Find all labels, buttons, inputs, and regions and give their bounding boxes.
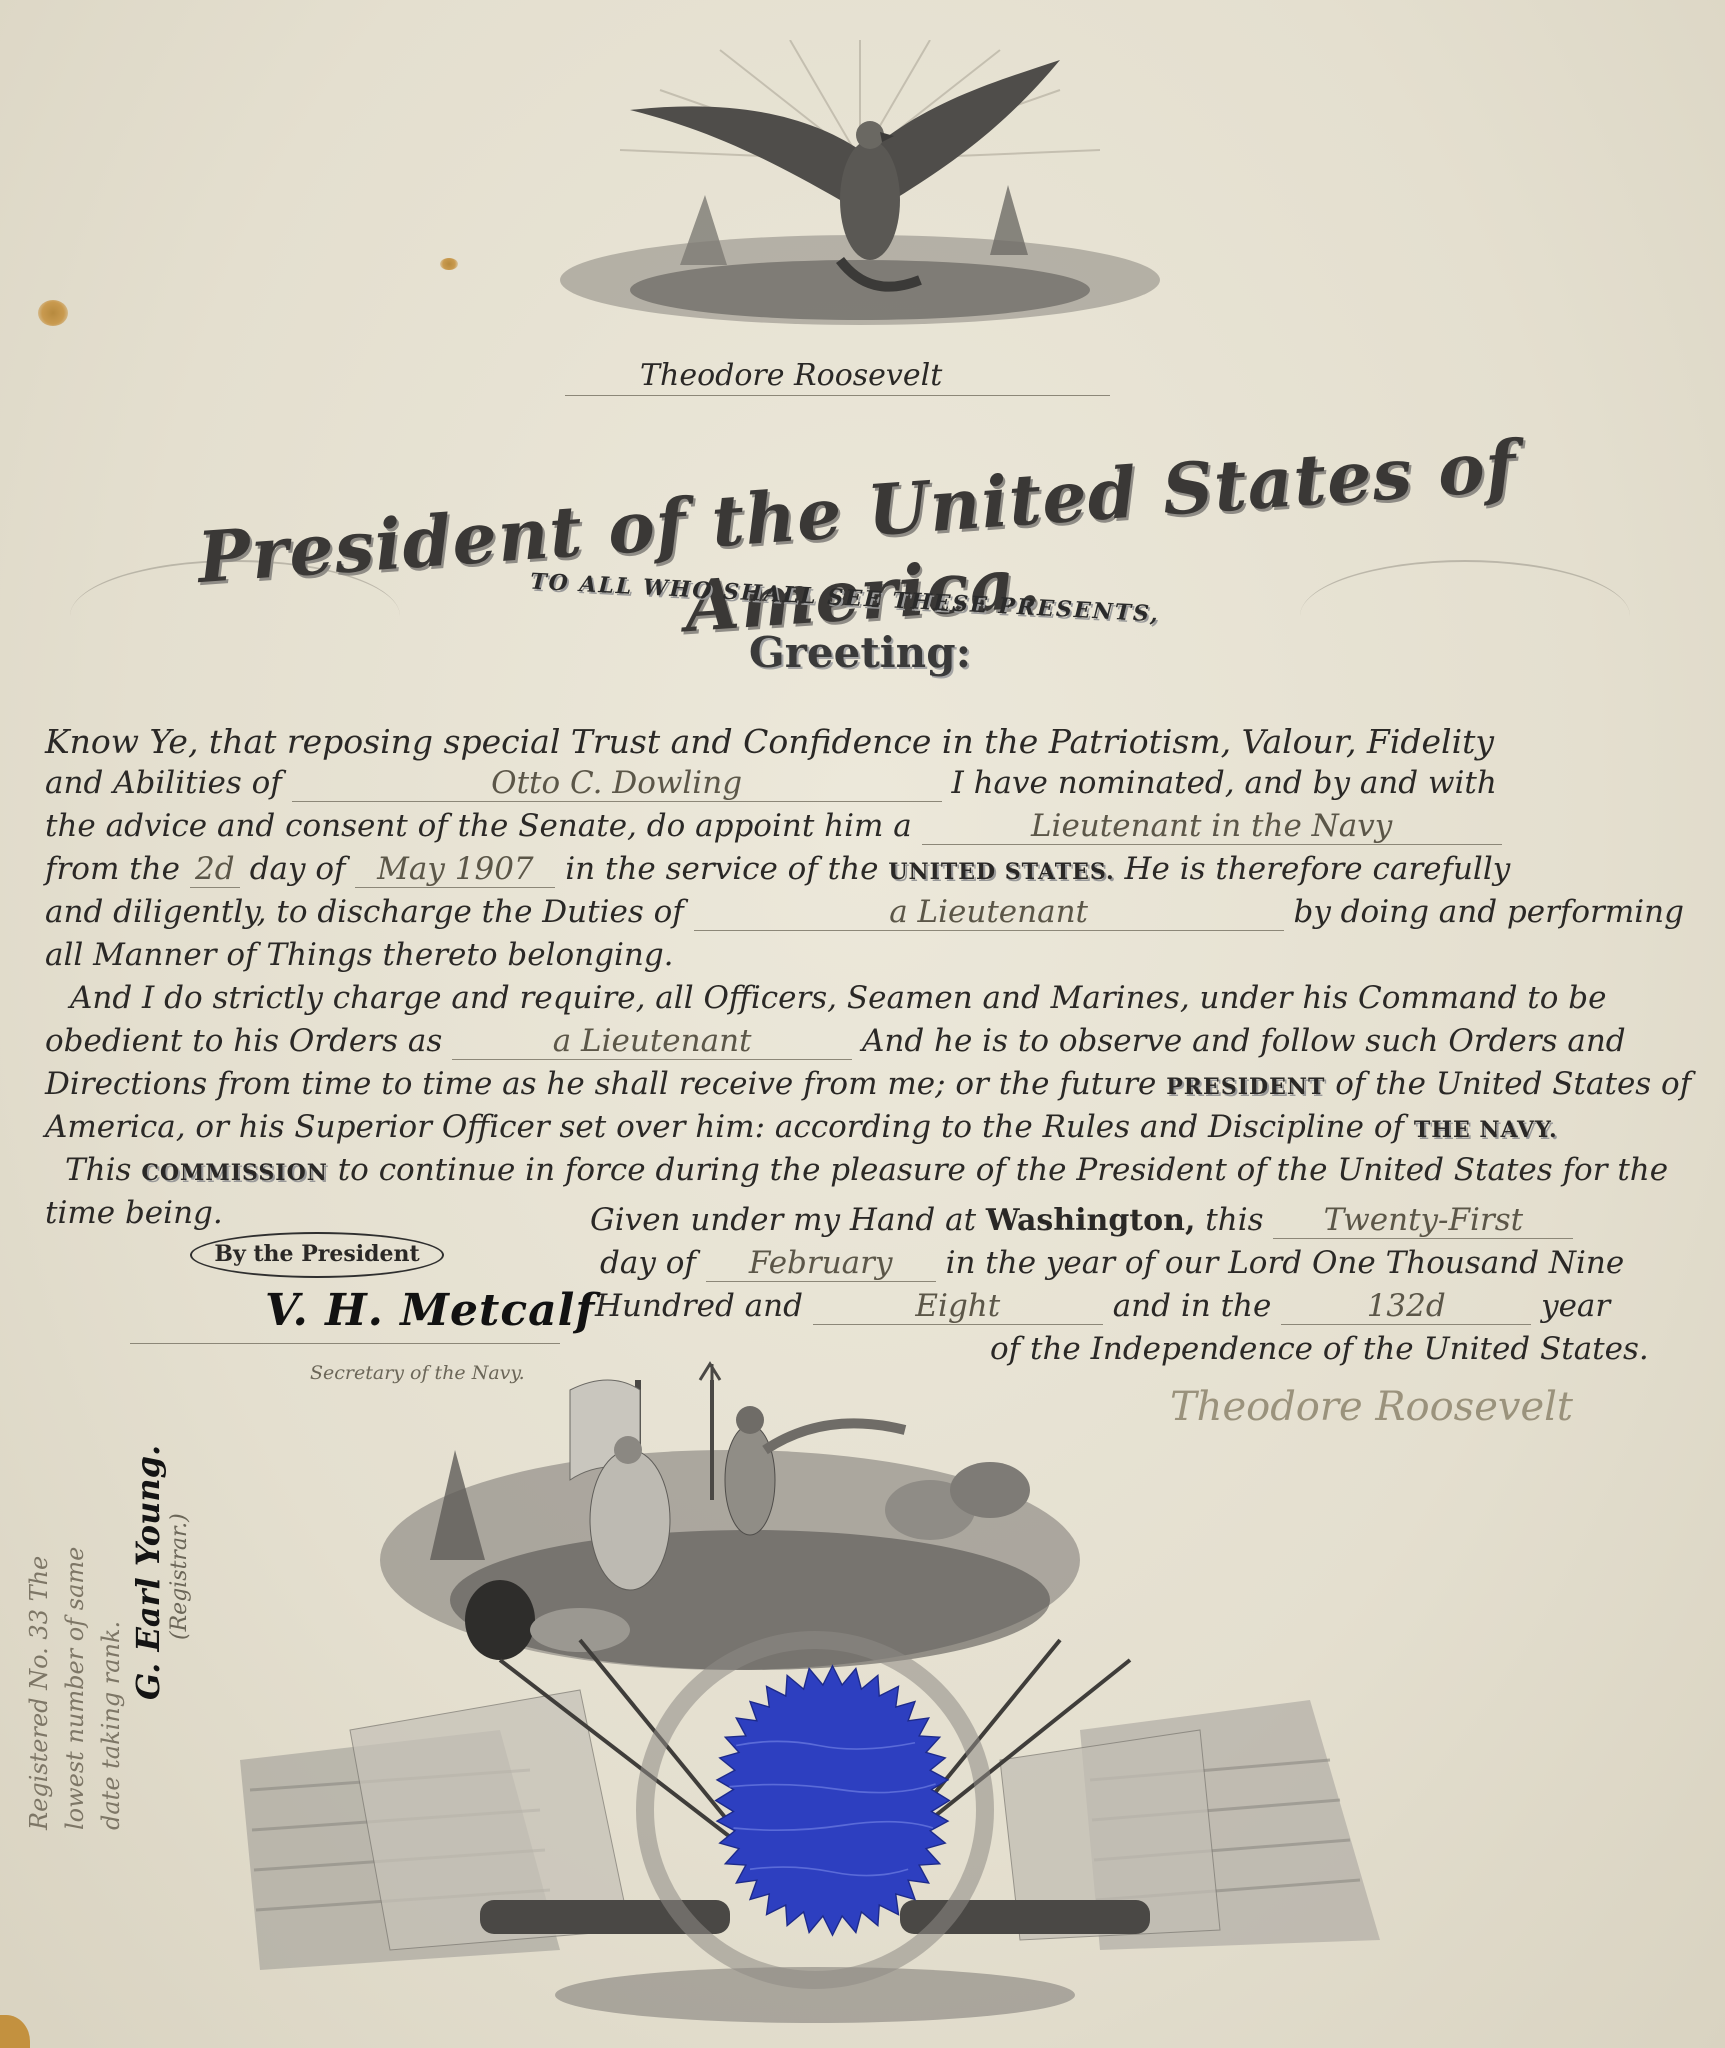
body-line-11: This COMMISSION to continue in force dur… (65, 1152, 1705, 1188)
registration-line-1: Registered No. 33 The (25, 1330, 53, 1830)
body-line-3: the advice and consent of the Senate, do… (45, 808, 1685, 845)
body-line-7: And I do strictly charge and require, al… (70, 980, 1710, 1016)
registrar-title: (Registrar.) (167, 1330, 192, 1830)
duties-rank: a Lieutenant (694, 894, 1284, 931)
body-line-6: all Manner of Things thereto belonging. (45, 937, 1685, 973)
blue-seal-icon (695, 1663, 970, 1938)
from-day: 2d (190, 851, 240, 888)
body-line-9: Directions from time to time as he shall… (45, 1066, 1685, 1102)
given-month: February (706, 1245, 936, 1282)
body-line-5: and diligently, to discharge the Duties … (45, 894, 1685, 931)
body-line-8: obedient to his Orders as a Lieutenant A… (45, 1023, 1685, 1060)
appointee-name: Otto C. Dowling (292, 765, 942, 802)
rank-appointed: Lieutenant in the Navy (922, 808, 1502, 845)
greeting: Greeting: (650, 628, 1070, 677)
orders-rank: a Lieutenant (452, 1023, 852, 1060)
body-line-2: and Abilities of Otto C. Dowling I have … (45, 765, 1685, 802)
registration-note: Registered No. 33 The lowest number of s… (25, 1330, 192, 1830)
the-navy-word: THE NAVY. (1414, 1117, 1558, 1143)
place-washington: Washington, (986, 1203, 1196, 1238)
independence-year: 132d (1281, 1288, 1531, 1325)
secretary-signature: V. H. Metcalf (265, 1285, 595, 1336)
body-line-10: America, or his Superior Officer set ove… (45, 1109, 1685, 1145)
registration-line-2: lowest number of same (61, 1330, 89, 1830)
eagle-vignette-icon (540, 40, 1180, 330)
given-year-line: Hundred and Eight and in the 132d year (595, 1288, 1695, 1325)
body-line-4: from the 2d day of May 1907 in the servi… (45, 851, 1685, 888)
secretary-signature-line (130, 1343, 560, 1344)
header-signature-line (565, 395, 1110, 396)
body-line-1: Know Ye, that reposing special Trust and… (45, 722, 1685, 761)
age-stain (440, 258, 458, 270)
registrar-signature: G. Earl Young. (129, 1330, 167, 1830)
president-word: PRESIDENT (1166, 1074, 1325, 1100)
independence-line: of the Independence of the United States… (990, 1331, 1690, 1367)
age-stain (38, 300, 68, 326)
commission-word: COMMISSION (141, 1160, 328, 1186)
given-month-line: day of February in the year of our Lord … (600, 1245, 1700, 1282)
given-day: Twenty-First (1273, 1202, 1573, 1239)
given-line: Given under my Hand at Washington, this … (590, 1202, 1690, 1239)
header-signature: Theodore Roosevelt (640, 358, 942, 393)
president-signature: Theodore Roosevelt (1170, 1384, 1573, 1430)
given-year-word: Eight (813, 1288, 1103, 1325)
by-the-president-label: By the President (190, 1232, 444, 1278)
from-month-year: May 1907 (355, 851, 555, 888)
registration-line-3: date taking rank. (97, 1330, 125, 1830)
united-states-word: UNITED STATES. (888, 859, 1114, 885)
